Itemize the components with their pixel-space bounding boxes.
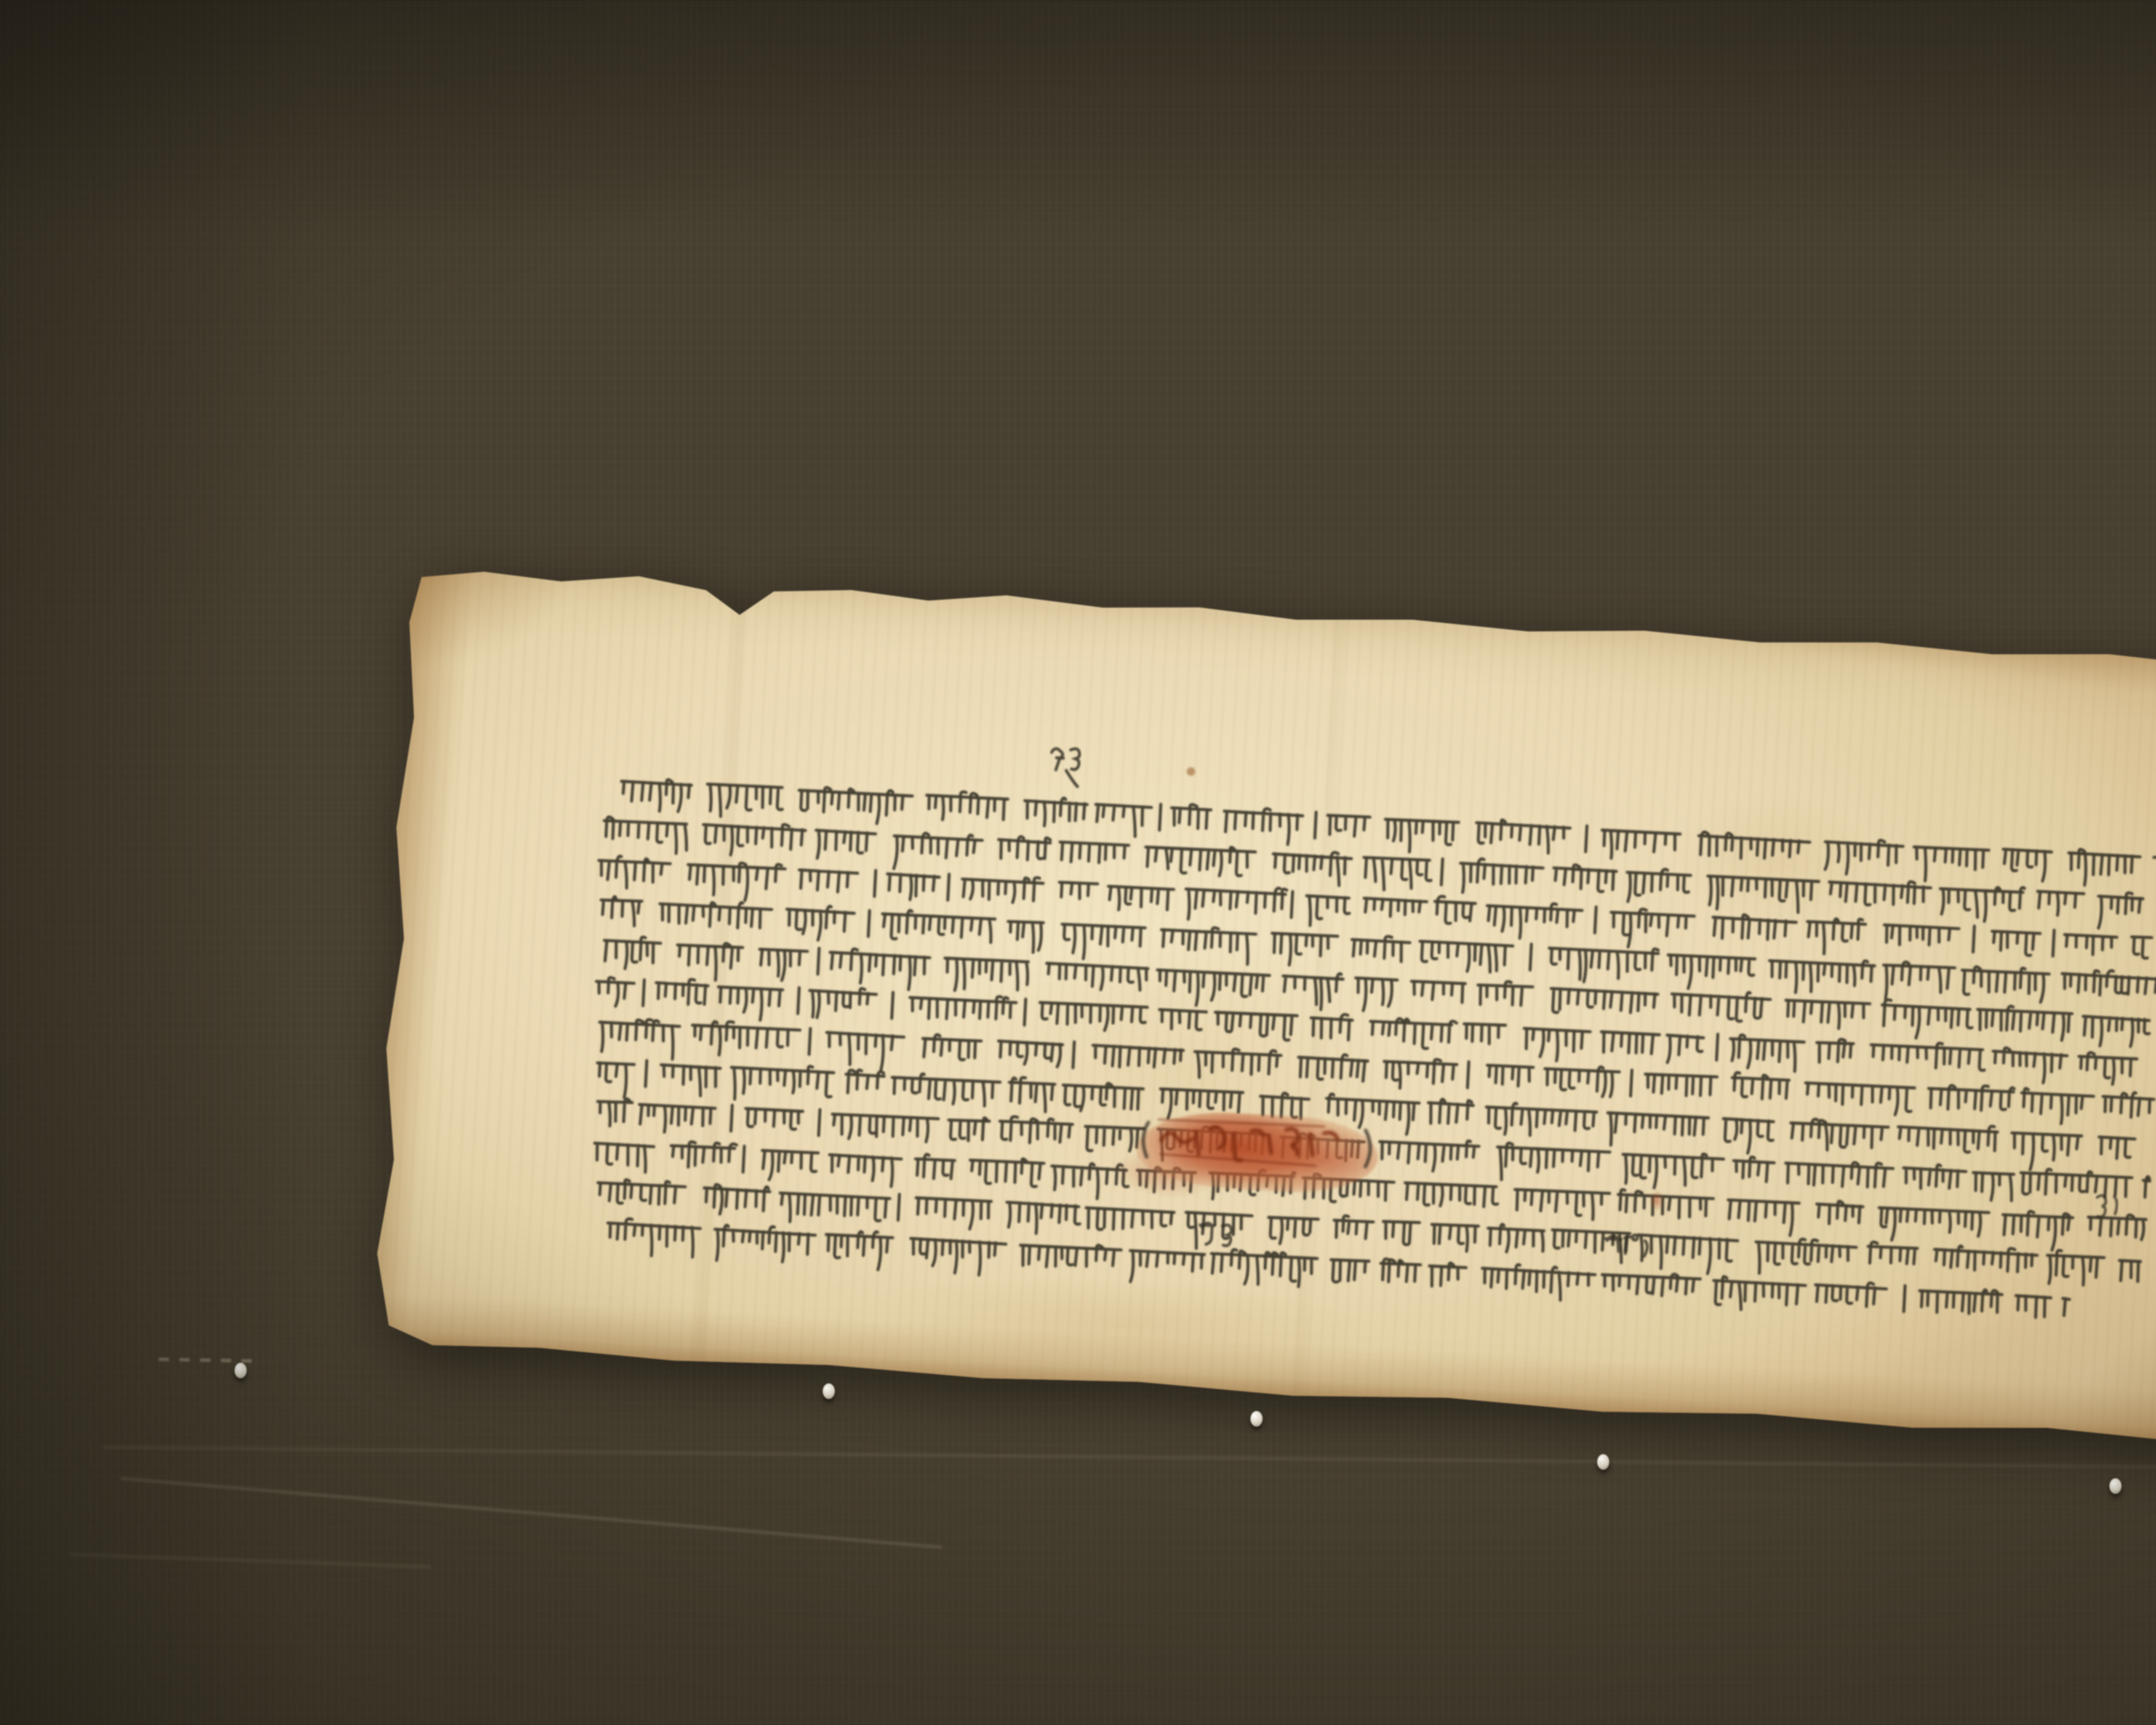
photo-stage	[0, 0, 2156, 1725]
red-pigment-speck	[1649, 1190, 1664, 1211]
paper-browned-edges	[364, 559, 2156, 1452]
paper-stain	[1667, 786, 1882, 935]
paper-stain	[868, 1264, 1390, 1379]
manuscript-folio	[407, 559, 2156, 1349]
paper-crease	[693, 577, 746, 1366]
mounting-pin	[1250, 1411, 1263, 1427]
scene	[0, 0, 2156, 1725]
mounting-pin	[823, 1383, 835, 1399]
paper-fiber-texture	[364, 559, 2156, 1452]
mounting-pin	[2109, 1478, 2122, 1494]
paper-rust-speck	[1187, 767, 1196, 776]
mounting-pin	[235, 1363, 247, 1378]
red-pigment-stamp	[1135, 1108, 1380, 1196]
paper-sheet	[364, 559, 2156, 1452]
paper-crease	[1293, 609, 1346, 1399]
mounting-pin	[1597, 1454, 1609, 1470]
